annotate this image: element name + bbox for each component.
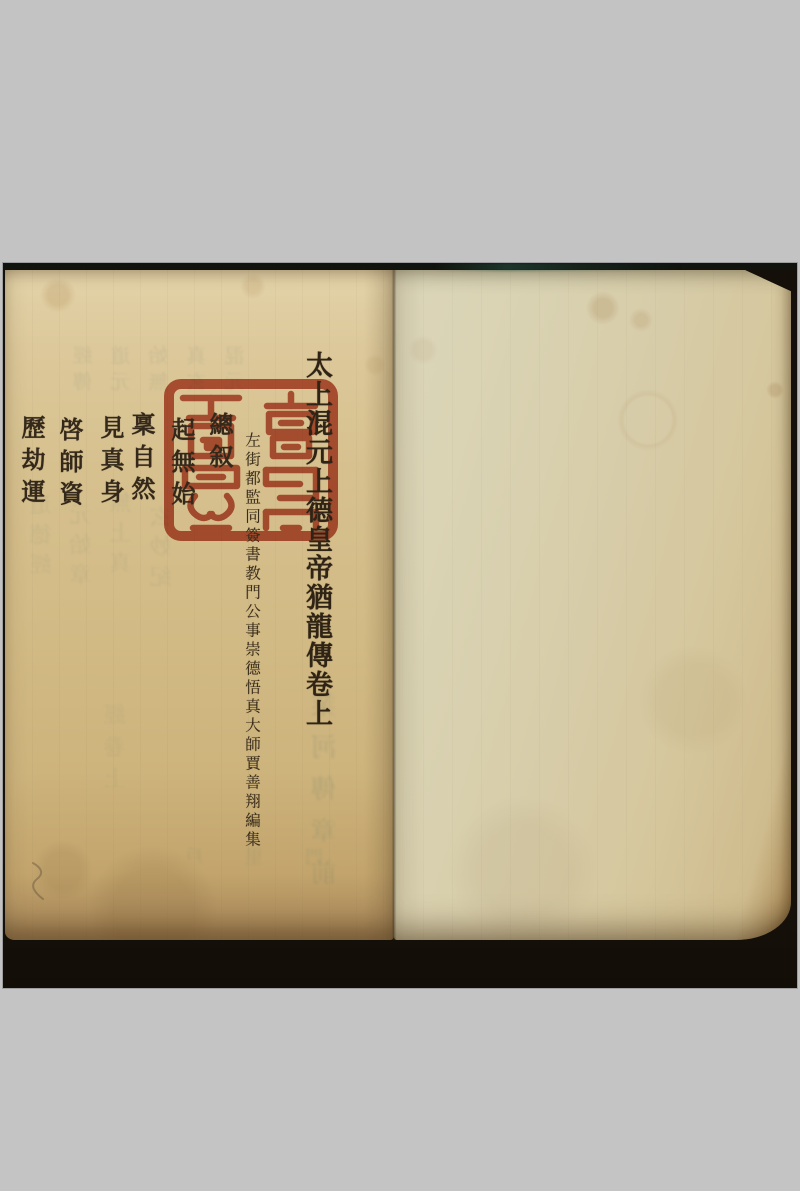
chapter-heading-zongxu: 總叙: [207, 412, 237, 476]
scanner-background-top: [0, 0, 800, 263]
book-photo: 經傳 道元 始無 真玄 混元 道德經 元始章 無上真 玄妙紀 業河傳章前 經卷上…: [3, 263, 797, 988]
right-page-corner-cut: [745, 270, 797, 294]
chapter-heading-bingziran: 稟自然: [129, 412, 159, 508]
compiler-byline-vertical: 左街都監同簽書教門公事崇德悟真大師賈善翔編集: [243, 432, 263, 850]
chapter-heading-jianzhenshen: 見真身: [98, 415, 128, 511]
chapter-heading-lijieyun: 歷劫運: [19, 415, 49, 511]
pencil-squiggle: [25, 861, 65, 905]
top-edge-marks: [433, 263, 683, 271]
scanner-background-bottom: [0, 988, 800, 1191]
scanned-book-page: { "doc": { "title": "太上混元上德皇帝猶龍傳卷上", "by…: [0, 0, 800, 1191]
chapter-heading-qiwushi: 起無始: [169, 417, 199, 513]
chapter-heading-qishizi: 啓師資: [57, 417, 87, 513]
book-title-vertical: 太上混元上德皇帝猶龍傳卷上: [302, 351, 336, 728]
bleed-through-ghost-text: 門里戶: [63, 843, 323, 869]
right-page-blank: [394, 270, 791, 940]
